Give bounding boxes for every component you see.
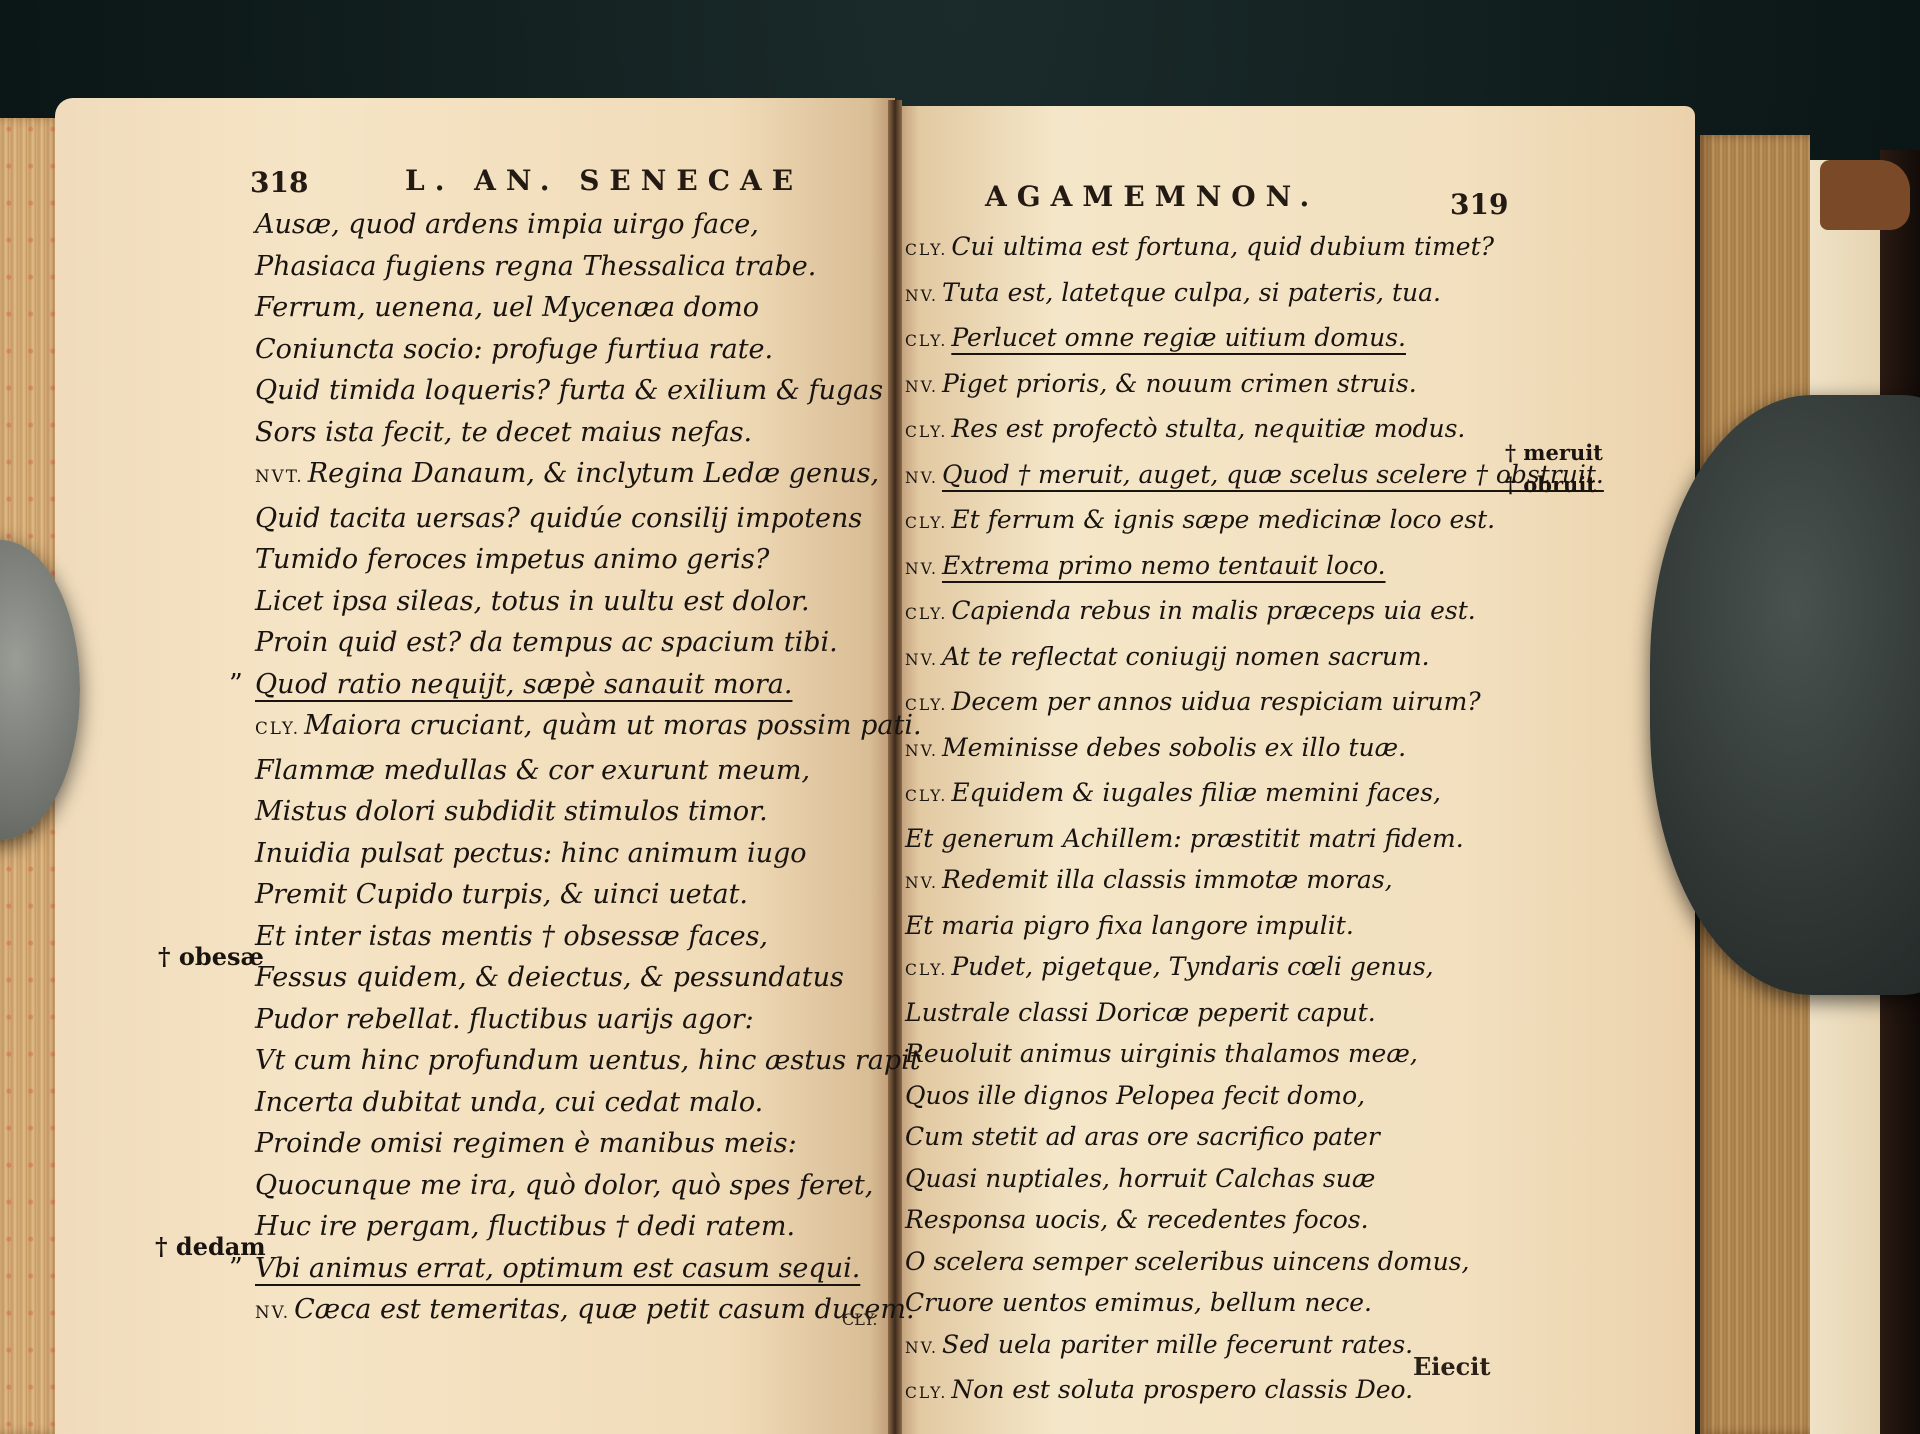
text-line: Et maria pigro fixa langore impulit. bbox=[905, 905, 1525, 947]
speaker-label: NV. bbox=[905, 469, 938, 487]
text-line: NV.Piget prioris, & nouum crimen struis. bbox=[905, 363, 1525, 409]
verse-text: Incerta dubitat unda, cui cedat malo. bbox=[255, 1087, 763, 1118]
verse-text: Reuoluit animus uirginis thalamos meæ, bbox=[905, 1039, 1418, 1068]
verse-text: Responsa uocis, & recedentes focos. bbox=[905, 1205, 1369, 1234]
text-line: CLY.Equidem & iugales filiæ memini faces… bbox=[905, 772, 1525, 818]
verse-text: Proin quid est? da tempus ac spacium tib… bbox=[255, 627, 838, 658]
text-line: NV.At te reflectat coniugij nomen sacrum… bbox=[905, 636, 1525, 682]
text-line: Quocunque me ira, quò dolor, quò spes fe… bbox=[255, 1165, 895, 1207]
verse-text: Mistus dolori subdidit stimulos timor. bbox=[255, 796, 768, 827]
text-line: CLY.Maiora cruciant, quàm ut moras possi… bbox=[255, 705, 895, 750]
verse-text: Ausæ, quod ardens impia uirgo face, bbox=[255, 209, 759, 240]
verse-text: Perlucet omne regiæ uitium domus. bbox=[951, 323, 1406, 352]
speaker-label: NV. bbox=[905, 560, 938, 578]
text-line: NV.Quod † meruit, auget, quæ scelus scel… bbox=[905, 454, 1525, 500]
text-line: Ferrum, uenena, uel Mycenæa domo bbox=[255, 287, 895, 329]
text-line: Quid timida loqueris? furta & exilium & … bbox=[255, 370, 895, 412]
verse-text: Meminisse debes sobolis ex illo tuæ. bbox=[942, 733, 1406, 762]
page-number-left: 318 bbox=[250, 166, 308, 199]
verse-text: Fessus quidem, & deiectus, & pessundatus bbox=[255, 962, 844, 993]
verse-text: Huc ire pergam, fluctibus † dedi ratem. bbox=[255, 1211, 795, 1242]
verse-text: Et maria pigro fixa langore impulit. bbox=[905, 911, 1354, 940]
verse-text: Premit Cupido turpis, & uinci uetat. bbox=[255, 879, 748, 910]
verse-text: Cum stetit ad aras ore sacrifico pater bbox=[905, 1122, 1380, 1151]
verse-text: Redemit illa classis immotæ moras, bbox=[942, 865, 1393, 894]
text-line: Proin quid est? da tempus ac spacium tib… bbox=[255, 622, 895, 664]
speaker-label: NV. bbox=[905, 378, 938, 396]
verse-text: Extrema primo nemo tentauit loco. bbox=[942, 551, 1386, 580]
text-line: CLY.Pudet, pigetque, Tyndaris cœli genus… bbox=[905, 946, 1525, 992]
text-line: Ausæ, quod ardens impia uirgo face, bbox=[255, 204, 895, 246]
verse-text: Phasiaca fugiens regna Thessalica trabe. bbox=[255, 251, 816, 282]
text-line: CLY.Res est profectò stulta, nequitiæ mo… bbox=[905, 408, 1525, 454]
speaker-label: CLY. bbox=[905, 787, 947, 805]
text-line: Phasiaca fugiens regna Thessalica trabe. bbox=[255, 246, 895, 288]
text-line: Incerta dubitat unda, cui cedat malo. bbox=[255, 1082, 895, 1124]
text-line: Quid tacita uersas? quidúe consilij impo… bbox=[255, 498, 895, 540]
text-line: Sors ista fecit, te decet maius nefas. bbox=[255, 412, 895, 454]
verse-text: Ferrum, uenena, uel Mycenæa domo bbox=[255, 292, 759, 323]
verse-text: Quos ille dignos Pelopea fecit domo, bbox=[905, 1081, 1365, 1110]
verse-text: Cæca est temeritas, quæ petit casum duce… bbox=[294, 1294, 914, 1325]
marginal-note-obruit: † obruit bbox=[1505, 472, 1596, 497]
text-line: Licet ipsa sileas, totus in uultu est do… bbox=[255, 581, 895, 623]
verse-text: Res est profectò stulta, nequitiæ modus. bbox=[951, 414, 1465, 443]
verse-text: Quocunque me ira, quò dolor, quò spes fe… bbox=[255, 1170, 873, 1201]
text-line: Flammæ medullas & cor exurunt meum, bbox=[255, 750, 895, 792]
speaker-label: NV. bbox=[905, 742, 938, 760]
text-line: NVT.Regina Danaum, & inclytum Ledæ genus… bbox=[255, 453, 895, 498]
left-page-text: Ausæ, quod ardens impia uirgo face,Phasi… bbox=[255, 204, 895, 1334]
verse-text: Vt cum hinc profundum uentus, hinc æstus… bbox=[255, 1045, 921, 1076]
page-number-right: 319 bbox=[1450, 188, 1508, 221]
speaker-label: CLY. bbox=[905, 241, 947, 259]
speaker-label: NV. bbox=[255, 1302, 290, 1322]
text-line: ”Vbi animus errat, optimum est casum seq… bbox=[255, 1248, 895, 1290]
text-line: Premit Cupido turpis, & uinci uetat. bbox=[255, 874, 895, 916]
text-line: Pudor rebellat. fluctibus uarijs agor: bbox=[255, 999, 895, 1041]
text-line: CLY.Cui ultima est fortuna, quid dubium … bbox=[905, 226, 1525, 272]
verse-text: Cui ultima est fortuna, quid dubium time… bbox=[951, 232, 1494, 261]
text-line: Responsa uocis, & recedentes focos. bbox=[905, 1199, 1525, 1241]
speaker-label: NVT. bbox=[255, 466, 304, 486]
verse-text: Sors ista fecit, te decet maius nefas. bbox=[255, 417, 752, 448]
text-line: CLY.Capienda rebus in malis præceps uia … bbox=[905, 590, 1525, 636]
text-line: ”Quod ratio nequijt, sæpè sanauit mora. bbox=[255, 664, 895, 706]
speaker-label: CLY. bbox=[905, 1384, 947, 1402]
text-line: NV.Tuta est, latetque culpa, si pateris,… bbox=[905, 272, 1525, 318]
text-line: CLY.Decem per annos uidua respiciam uiru… bbox=[905, 681, 1525, 727]
sententia-mark: ” bbox=[229, 664, 243, 706]
verse-text: Quid timida loqueris? furta & exilium & … bbox=[255, 375, 883, 406]
verse-text: Sed uela pariter mille fecerunt rates. bbox=[942, 1330, 1413, 1359]
text-line: Coniuncta socio: profuge furtiua rate. bbox=[255, 329, 895, 371]
text-line: Quos ille dignos Pelopea fecit domo, bbox=[905, 1075, 1525, 1117]
verse-text: Proinde omisi regimen è manibus meis: bbox=[255, 1128, 797, 1159]
verse-text: Non est soluta prospero classis Deo. bbox=[951, 1375, 1413, 1404]
verse-text: Equidem & iugales filiæ memini faces, bbox=[951, 778, 1441, 807]
text-line: NV.Meminisse debes sobolis ex illo tuæ. bbox=[905, 727, 1525, 773]
catchword-right: Eiecit bbox=[1413, 1352, 1491, 1381]
verse-text: Quod ratio nequijt, sæpè sanauit mora. bbox=[255, 669, 792, 700]
cover-clasp bbox=[1820, 160, 1910, 230]
verse-text: Quid tacita uersas? quidúe consilij impo… bbox=[255, 503, 862, 534]
text-line: Cum stetit ad aras ore sacrifico pater bbox=[905, 1116, 1525, 1158]
speaker-label: CLY. bbox=[905, 696, 947, 714]
speaker-label: NV. bbox=[905, 651, 938, 669]
verse-text: Coniuncta socio: profuge furtiua rate. bbox=[255, 334, 773, 365]
verse-text: Inuidia pulsat pectus: hinc animum iugo bbox=[255, 838, 807, 869]
verse-text: O scelera semper sceleribus uincens domu… bbox=[905, 1247, 1469, 1276]
speaker-label: CLY. bbox=[905, 961, 947, 979]
text-line: Et inter istas mentis † obsessæ faces, bbox=[255, 916, 895, 958]
speaker-label: CLY. bbox=[905, 514, 947, 532]
speaker-label: NV. bbox=[905, 874, 938, 892]
verse-text: Tuta est, latetque culpa, si pateris, tu… bbox=[942, 278, 1441, 307]
text-line: Tumido feroces impetus animo geris? bbox=[255, 539, 895, 581]
verse-text: Pudor rebellat. fluctibus uarijs agor: bbox=[255, 1004, 754, 1035]
text-line: Et generum Achillem: præstitit matri fid… bbox=[905, 818, 1525, 860]
verse-text: Et inter istas mentis † obsessæ faces, bbox=[255, 921, 768, 952]
verse-text: At te reflectat coniugij nomen sacrum. bbox=[942, 642, 1430, 671]
text-line: Lustrale classi Doricæ peperit caput. bbox=[905, 992, 1525, 1034]
running-head-left: L. AN. SENECAE bbox=[405, 164, 803, 197]
text-line: NV.Cæca est temeritas, quæ petit casum d… bbox=[255, 1289, 895, 1334]
text-line: O scelera semper sceleribus uincens domu… bbox=[905, 1241, 1525, 1283]
verse-text: Flammæ medullas & cor exurunt meum, bbox=[255, 755, 810, 786]
verse-text: Vbi animus errat, optimum est casum sequ… bbox=[255, 1253, 860, 1284]
verse-text: Cruore uentos emimus, bellum nece. bbox=[905, 1288, 1372, 1317]
text-line: Cruore uentos emimus, bellum nece. bbox=[905, 1282, 1525, 1324]
text-line: CLY.Perlucet omne regiæ uitium domus. bbox=[905, 317, 1525, 363]
text-line: Quasi nuptiales, horruit Calchas suæ bbox=[905, 1158, 1525, 1200]
verse-text: Regina Danaum, & inclytum Ledæ genus, bbox=[308, 458, 879, 489]
speaker-label: CLY. bbox=[905, 605, 947, 623]
text-line: CLY.Et ferrum & ignis sæpe medicinæ loco… bbox=[905, 499, 1525, 545]
marginal-note-obesae: † obesæ bbox=[158, 942, 264, 971]
verse-text: Et generum Achillem: præstitit matri fid… bbox=[905, 824, 1464, 853]
text-line: NV.Extrema primo nemo tentauit loco. bbox=[905, 545, 1525, 591]
verse-text: Capienda rebus in malis præceps uia est. bbox=[951, 596, 1475, 625]
catchword-left: CLY. bbox=[842, 1310, 877, 1329]
speaker-label: CLY. bbox=[905, 332, 947, 350]
right-page-text: CLY.Cui ultima est fortuna, quid dubium … bbox=[905, 226, 1525, 1415]
speaker-label: NV. bbox=[905, 1339, 938, 1357]
verse-text: Quasi nuptiales, horruit Calchas suæ bbox=[905, 1164, 1375, 1193]
speaker-label: CLY. bbox=[905, 423, 947, 441]
right-stone bbox=[1650, 395, 1920, 995]
text-line: Reuoluit animus uirginis thalamos meæ, bbox=[905, 1033, 1525, 1075]
verse-text: Lustrale classi Doricæ peperit caput. bbox=[905, 998, 1376, 1027]
verse-text: Tumido feroces impetus animo geris? bbox=[255, 544, 769, 575]
marginal-note-dedam: † dedam bbox=[155, 1232, 266, 1261]
speaker-label: NV. bbox=[905, 287, 938, 305]
text-line: Mistus dolori subdidit stimulos timor. bbox=[255, 791, 895, 833]
text-line: Vt cum hinc profundum uentus, hinc æstus… bbox=[255, 1040, 895, 1082]
verse-text: Pudet, pigetque, Tyndaris cœli genus, bbox=[951, 952, 1433, 981]
text-line: NV.Redemit illa classis immotæ moras, bbox=[905, 859, 1525, 905]
running-head-right: AGAMEMNON. bbox=[985, 180, 1319, 213]
text-line: Fessus quidem, & deiectus, & pessundatus bbox=[255, 957, 895, 999]
marginal-note-meruit: † meruit bbox=[1505, 440, 1603, 465]
verse-text: Licet ipsa sileas, totus in uultu est do… bbox=[255, 586, 810, 617]
verse-text: Et ferrum & ignis sæpe medicinæ loco est… bbox=[951, 505, 1495, 534]
speaker-label: CLY. bbox=[255, 718, 300, 738]
text-line: Huc ire pergam, fluctibus † dedi ratem. bbox=[255, 1206, 895, 1248]
verse-text: Maiora cruciant, quàm ut moras possim pa… bbox=[304, 710, 922, 741]
text-line: Proinde omisi regimen è manibus meis: bbox=[255, 1123, 895, 1165]
text-line: Inuidia pulsat pectus: hinc animum iugo bbox=[255, 833, 895, 875]
verse-text: Piget prioris, & nouum crimen struis. bbox=[942, 369, 1417, 398]
verse-text: Decem per annos uidua respiciam uirum? bbox=[951, 687, 1480, 716]
